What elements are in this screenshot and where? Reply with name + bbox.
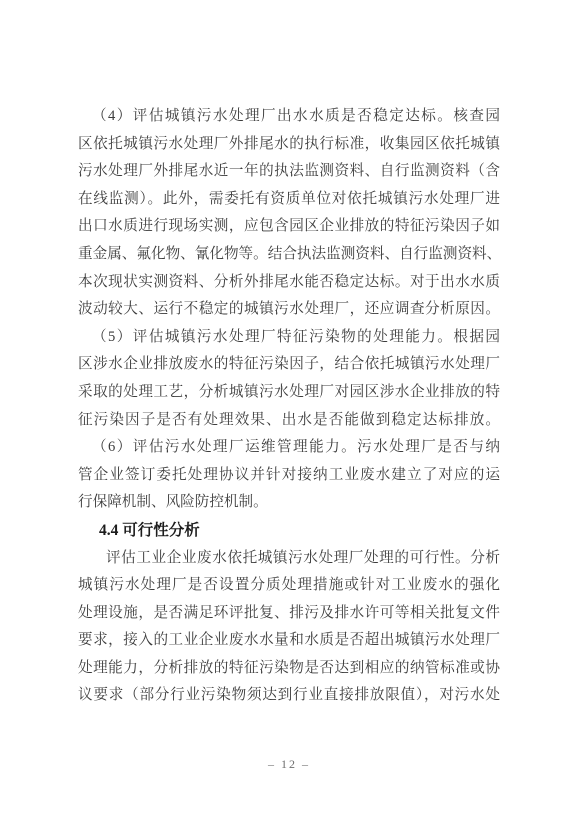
text-line: （4）评估城镇污水处理厂出水水质是否稳定达标。核查园	[78, 103, 500, 131]
text-line: （6）评估污水处理厂运维管理能力。污水处理厂是否与纳	[78, 434, 500, 462]
text-line: 评估工业企业废水依托城镇污水处理厂处理的可行性。分析	[78, 545, 500, 573]
text-line: 管企业签订委托处理协议并针对接纳工业废水建立了对应的运	[78, 462, 500, 490]
section-heading: 4.4 可行性分析	[78, 517, 500, 545]
text-line: 出口水质进行现场实测，应包含园区企业排放的特征污染因子如	[78, 213, 500, 241]
text-line: 征污染因子是否有处理效果、出水是否能做到稳定达标排放。	[78, 407, 500, 435]
text-line: 区依托城镇污水处理厂外排尾水的执行标准，收集园区依托城镇	[78, 131, 500, 159]
text-line: 要求，接入的工业企业废水水量和水质是否超出城镇污水处理厂	[78, 627, 500, 655]
text-line: 处理能力，分析排放的特征污染物是否达到相应的纳管标准或协	[78, 655, 500, 683]
text-line: 波动较大、运行不稳定的城镇污水处理厂，还应调查分析原因。	[78, 296, 500, 324]
text-line: 议要求（部分行业污染物须达到行业直接排放限值），对污水处	[78, 682, 500, 710]
text-line: 重金属、氟化物、氰化物等。结合执法监测资料、自行监测资料、	[78, 241, 500, 269]
document-page: （4）评估城镇污水处理厂出水水质是否稳定达标。核查园 区依托城镇污水处理厂外排尾…	[0, 0, 578, 818]
text-line: 处理设施，是否满足环评批复、排污及排水许可等相关批复文件	[78, 600, 500, 628]
text-line: 区涉水企业排放废水的特征污染因子，结合依托城镇污水处理厂	[78, 351, 500, 379]
text-line: 行保障机制、风险防控机制。	[78, 489, 500, 517]
text-line: （5）评估城镇污水处理厂特征污染物的处理能力。根据园	[78, 324, 500, 352]
text-block: （4）评估城镇污水处理厂出水水质是否稳定达标。核查园 区依托城镇污水处理厂外排尾…	[78, 103, 500, 710]
text-line: 在线监测）。此外，需委托有资质单位对依托城镇污水处理厂进	[78, 186, 500, 214]
text-line: 城镇污水处理厂是否设置分质处理措施或针对工业废水的强化	[78, 572, 500, 600]
page-number: – 12 –	[0, 757, 578, 772]
text-line: 采取的处理工艺，分析城镇污水处理厂对园区涉水企业排放的特	[78, 379, 500, 407]
text-line: 本次现状实测资料、分析外排尾水能否稳定达标。对于出水水质	[78, 269, 500, 297]
text-line: 污水处理厂外排尾水近一年的执法监测资料、自行监测资料（含	[78, 158, 500, 186]
